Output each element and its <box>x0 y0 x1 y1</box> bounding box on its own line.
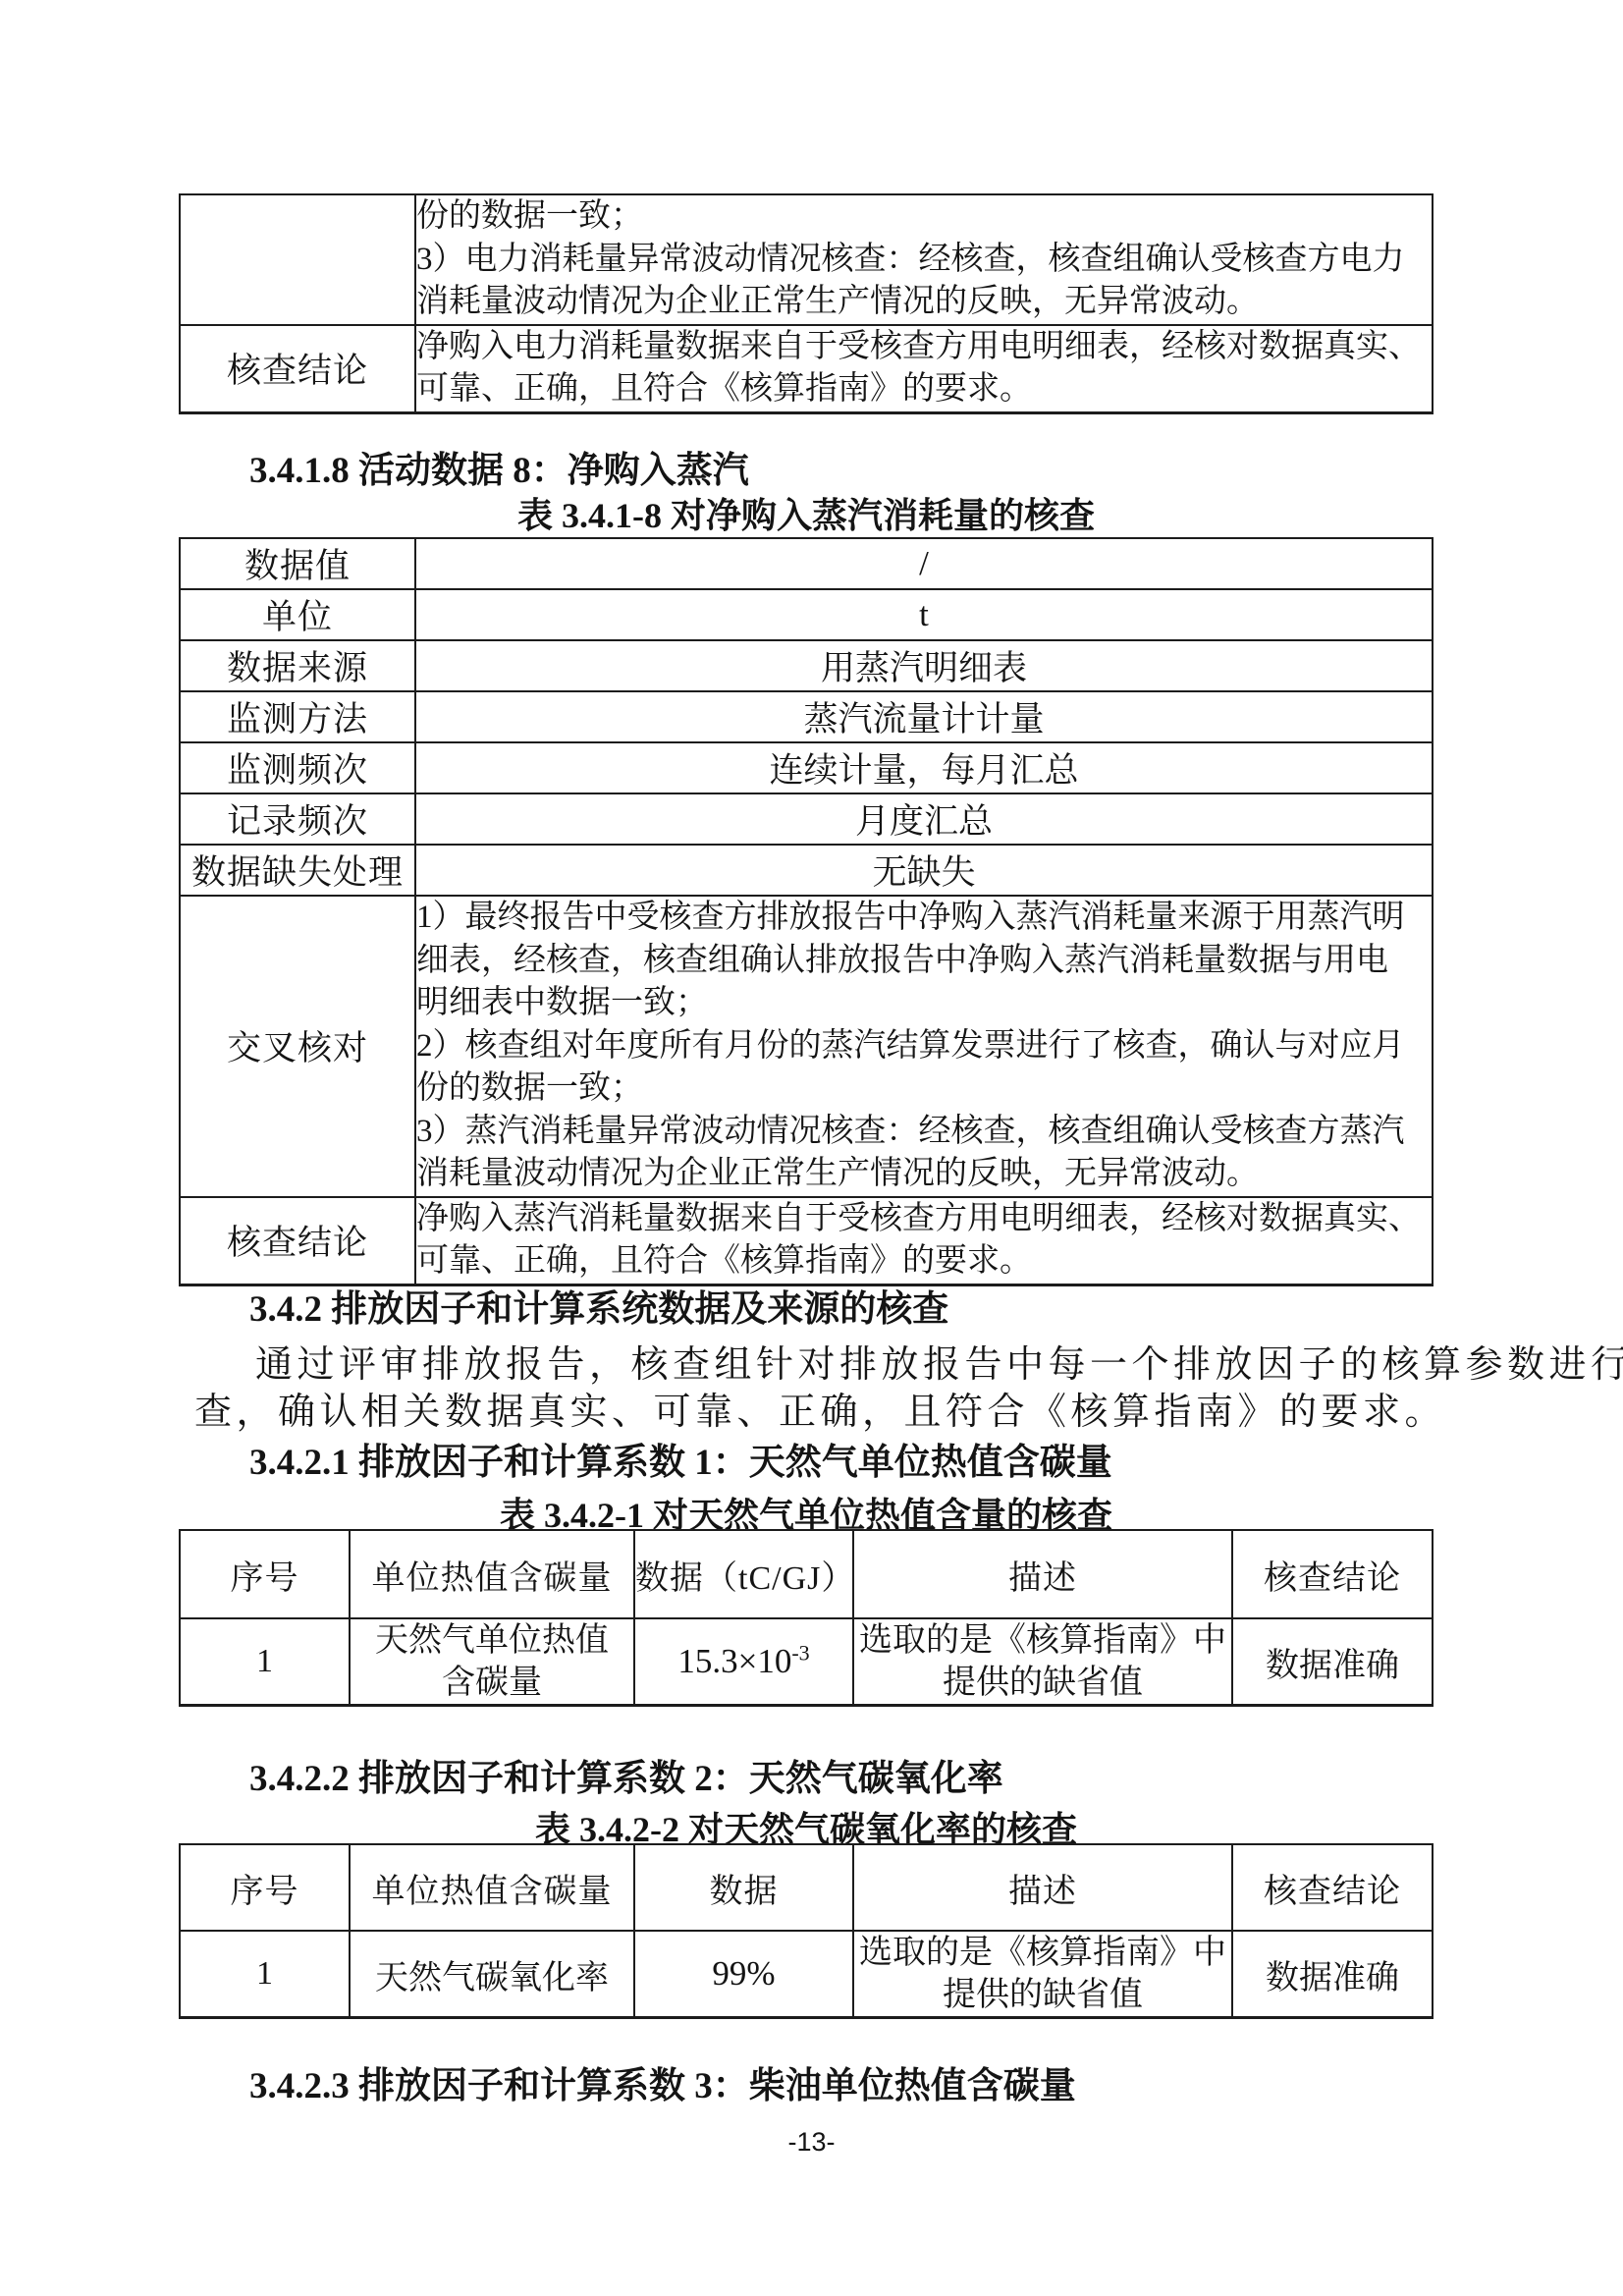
conclusion-cell: 数据准确 <box>1232 1931 1433 2018</box>
cell-line: 提供的缺省值 <box>854 1662 1231 1704</box>
value-exponent: -3 <box>791 1641 809 1666</box>
cell-line: 提供的缺省值 <box>854 1974 1231 2016</box>
row-number-cell: 1 <box>180 1618 350 1706</box>
row-value-cell: 无缺失 <box>415 845 1433 896</box>
section-heading-3-4-2-3: 3.4.2.3 排放因子和计算系数 3：柴油单位热值含碳量 <box>249 2065 1076 2108</box>
factor-value-cell: 15.3×10-3 <box>634 1618 853 1706</box>
steam-verification-table: 数据值 / 单位 t 数据来源 用蒸汽明细表 监测方法 蒸汽流量计计量 监测频次… <box>179 537 1434 1286</box>
table-row: 监测方法 蒸汽流量计计量 <box>180 691 1433 742</box>
paragraph-line: 通过评审排放报告，核查组针对排放报告中每一个排放因子的核算参数进行了核 <box>194 1341 1461 1389</box>
cell-line: 1）最终报告中受核查方排放报告中净购入蒸汽消耗量来源于用蒸汽明 <box>416 897 1432 940</box>
factor-name-cell: 天然气碳氧化率 <box>350 1931 634 2018</box>
description-cell: 选取的是《核算指南》中 提供的缺省值 <box>853 1618 1232 1706</box>
section-3-4-2-paragraph: 通过评审排放报告，核查组针对排放报告中每一个排放因子的核算参数进行了核 查，确认… <box>194 1341 1461 1436</box>
cell-line: 份的数据一致； <box>416 1067 1432 1111</box>
page-number: -13- <box>0 2127 1623 2158</box>
row-label-cell: 核查结论 <box>180 1197 415 1285</box>
column-header: 描述 <box>853 1530 1232 1618</box>
column-header: 核查结论 <box>1232 1530 1433 1618</box>
table-row: 数据缺失处理 无缺失 <box>180 845 1433 896</box>
table-row: 数据来源 用蒸汽明细表 <box>180 640 1433 691</box>
oxidation-rate-table: 序号 单位热值含碳量 数据 描述 核查结论 1 天然气碳氧化率 99% 选取的是… <box>179 1843 1434 2019</box>
row-value-cell: t <box>415 589 1433 640</box>
row-label-cell <box>180 194 415 325</box>
cell-line: 细表，经核查，核查组确认排放报告中净购入蒸汽消耗量数据与用电 <box>416 940 1432 983</box>
row-content-cell: 净购入蒸汽消耗量数据来自于受核查方用电明细表，经核对数据真实、 可靠、正确，且符… <box>415 1197 1433 1285</box>
table-row: 1 天然气单位热值 含碳量 15.3×10-3 选取的是《核算指南》中 提供的缺… <box>180 1618 1433 1706</box>
column-header: 核查结论 <box>1232 1844 1433 1931</box>
table-row: 单位 t <box>180 589 1433 640</box>
row-label-cell: 数据来源 <box>180 640 415 691</box>
row-value-cell: 蒸汽流量计计量 <box>415 691 1433 742</box>
cell-line: 净购入蒸汽消耗量数据来自于受核查方用电明细表，经核对数据真实、 <box>416 1198 1432 1241</box>
row-label-cell: 监测频次 <box>180 742 415 793</box>
row-content-cell: 份的数据一致； 3）电力消耗量异常波动情况核查：经核查，核查组确认受核查方电力 … <box>415 194 1433 325</box>
section-heading-3-4-2: 3.4.2 排放因子和计算系统数据及来源的核查 <box>249 1288 948 1332</box>
column-header: 单位热值含碳量 <box>350 1844 634 1931</box>
column-header: 数据 <box>634 1844 853 1931</box>
cell-line: 明细表中数据一致； <box>416 982 1432 1025</box>
factor-name-cell: 天然气单位热值 含碳量 <box>350 1618 634 1706</box>
description-cell: 选取的是《核算指南》中 提供的缺省值 <box>853 1931 1232 2018</box>
electricity-verification-table: 份的数据一致； 3）电力消耗量异常波动情况核查：经核查，核查组确认受核查方电力 … <box>179 193 1434 414</box>
column-header: 描述 <box>853 1844 1232 1931</box>
cell-line: 含碳量 <box>351 1662 633 1704</box>
row-label-cell: 单位 <box>180 589 415 640</box>
table-header-row: 序号 单位热值含碳量 数据 描述 核查结论 <box>180 1844 1433 1931</box>
cell-line: 3）蒸汽消耗量异常波动情况核查：经核查，核查组确认受核查方蒸汽 <box>416 1111 1432 1154</box>
cell-line: 2）核查组对年度所有月份的蒸汽结算发票进行了核查，确认与对应月 <box>416 1025 1432 1068</box>
table-row: 份的数据一致； 3）电力消耗量异常波动情况核查：经核查，核查组确认受核查方电力 … <box>180 194 1433 325</box>
column-header: 序号 <box>180 1530 350 1618</box>
row-label-cell: 核查结论 <box>180 325 415 413</box>
cell-line: 消耗量波动情况为企业正常生产情况的反映，无异常波动。 <box>416 1153 1432 1196</box>
row-content-cell: 1）最终报告中受核查方排放报告中净购入蒸汽消耗量来源于用蒸汽明 细表，经核查，核… <box>415 896 1433 1197</box>
row-label-cell: 记录频次 <box>180 793 415 845</box>
ncv-carbon-content-table: 序号 单位热值含碳量 数据（tC/GJ） 描述 核查结论 1 天然气单位热值 含… <box>179 1529 1434 1707</box>
document-page: { "page": { "footer": "-13-" }, "tableA"… <box>0 0 1623 2296</box>
column-header: 数据（tC/GJ） <box>634 1530 853 1618</box>
row-value-cell: 用蒸汽明细表 <box>415 640 1433 691</box>
row-value-cell: / <box>415 538 1433 589</box>
cell-line: 可靠、正确，且符合《核算指南》的要求。 <box>416 368 1432 411</box>
cell-line: 选取的是《核算指南》中 <box>854 1932 1231 1974</box>
cell-line: 净购入电力消耗量数据来自于受核查方用电明细表，经核对数据真实、 <box>416 326 1432 369</box>
row-label-cell: 交叉核对 <box>180 896 415 1197</box>
table-row: 交叉核对 1）最终报告中受核查方排放报告中净购入蒸汽消耗量来源于用蒸汽明 细表，… <box>180 896 1433 1197</box>
table-row: 记录频次 月度汇总 <box>180 793 1433 845</box>
row-value-cell: 连续计量，每月汇总 <box>415 742 1433 793</box>
section-heading-3-4-1-8: 3.4.1.8 活动数据 8：净购入蒸汽 <box>249 450 749 493</box>
table-row: 1 天然气碳氧化率 99% 选取的是《核算指南》中 提供的缺省值 数据准确 <box>180 1931 1433 2018</box>
column-header: 序号 <box>180 1844 350 1931</box>
row-number-cell: 1 <box>180 1931 350 2018</box>
column-header: 单位热值含碳量 <box>350 1530 634 1618</box>
cell-line: 消耗量波动情况为企业正常生产情况的反映，无异常波动。 <box>416 281 1432 324</box>
paragraph-line: 查，确认相关数据真实、可靠、正确，且符合《核算指南》的要求。 <box>194 1389 1461 1436</box>
row-label-cell: 数据值 <box>180 538 415 589</box>
value-base: 15.3×10 <box>677 1642 791 1680</box>
table-row: 核查结论 净购入电力消耗量数据来自于受核查方用电明细表，经核对数据真实、 可靠、… <box>180 325 1433 413</box>
row-content-cell: 净购入电力消耗量数据来自于受核查方用电明细表，经核对数据真实、 可靠、正确，且符… <box>415 325 1433 413</box>
cell-line: 天然气单位热值 <box>351 1619 633 1662</box>
table-row: 核查结论 净购入蒸汽消耗量数据来自于受核查方用电明细表，经核对数据真实、 可靠、… <box>180 1197 1433 1285</box>
section-heading-3-4-2-1: 3.4.2.1 排放因子和计算系数 1：天然气单位热值含碳量 <box>249 1442 1112 1485</box>
row-value-cell: 月度汇总 <box>415 793 1433 845</box>
table-row: 监测频次 连续计量，每月汇总 <box>180 742 1433 793</box>
table-row: 数据值 / <box>180 538 1433 589</box>
cell-line: 份的数据一致； <box>416 195 1432 239</box>
table-header-row: 序号 单位热值含碳量 数据（tC/GJ） 描述 核查结论 <box>180 1530 1433 1618</box>
row-label-cell: 监测方法 <box>180 691 415 742</box>
cell-line: 3）电力消耗量异常波动情况核查：经核查，核查组确认受核查方电力 <box>416 239 1432 282</box>
cell-line: 可靠、正确，且符合《核算指南》的要求。 <box>416 1240 1432 1284</box>
factor-value-cell: 99% <box>634 1931 853 2018</box>
row-label-cell: 数据缺失处理 <box>180 845 415 896</box>
conclusion-cell: 数据准确 <box>1232 1618 1433 1706</box>
section-heading-3-4-2-2: 3.4.2.2 排放因子和计算系数 2：天然气碳氧化率 <box>249 1758 1003 1801</box>
cell-line: 选取的是《核算指南》中 <box>854 1619 1231 1662</box>
table-caption-3-4-1-8: 表 3.4.1-8 对净购入蒸汽消耗量的核查 <box>179 494 1434 537</box>
